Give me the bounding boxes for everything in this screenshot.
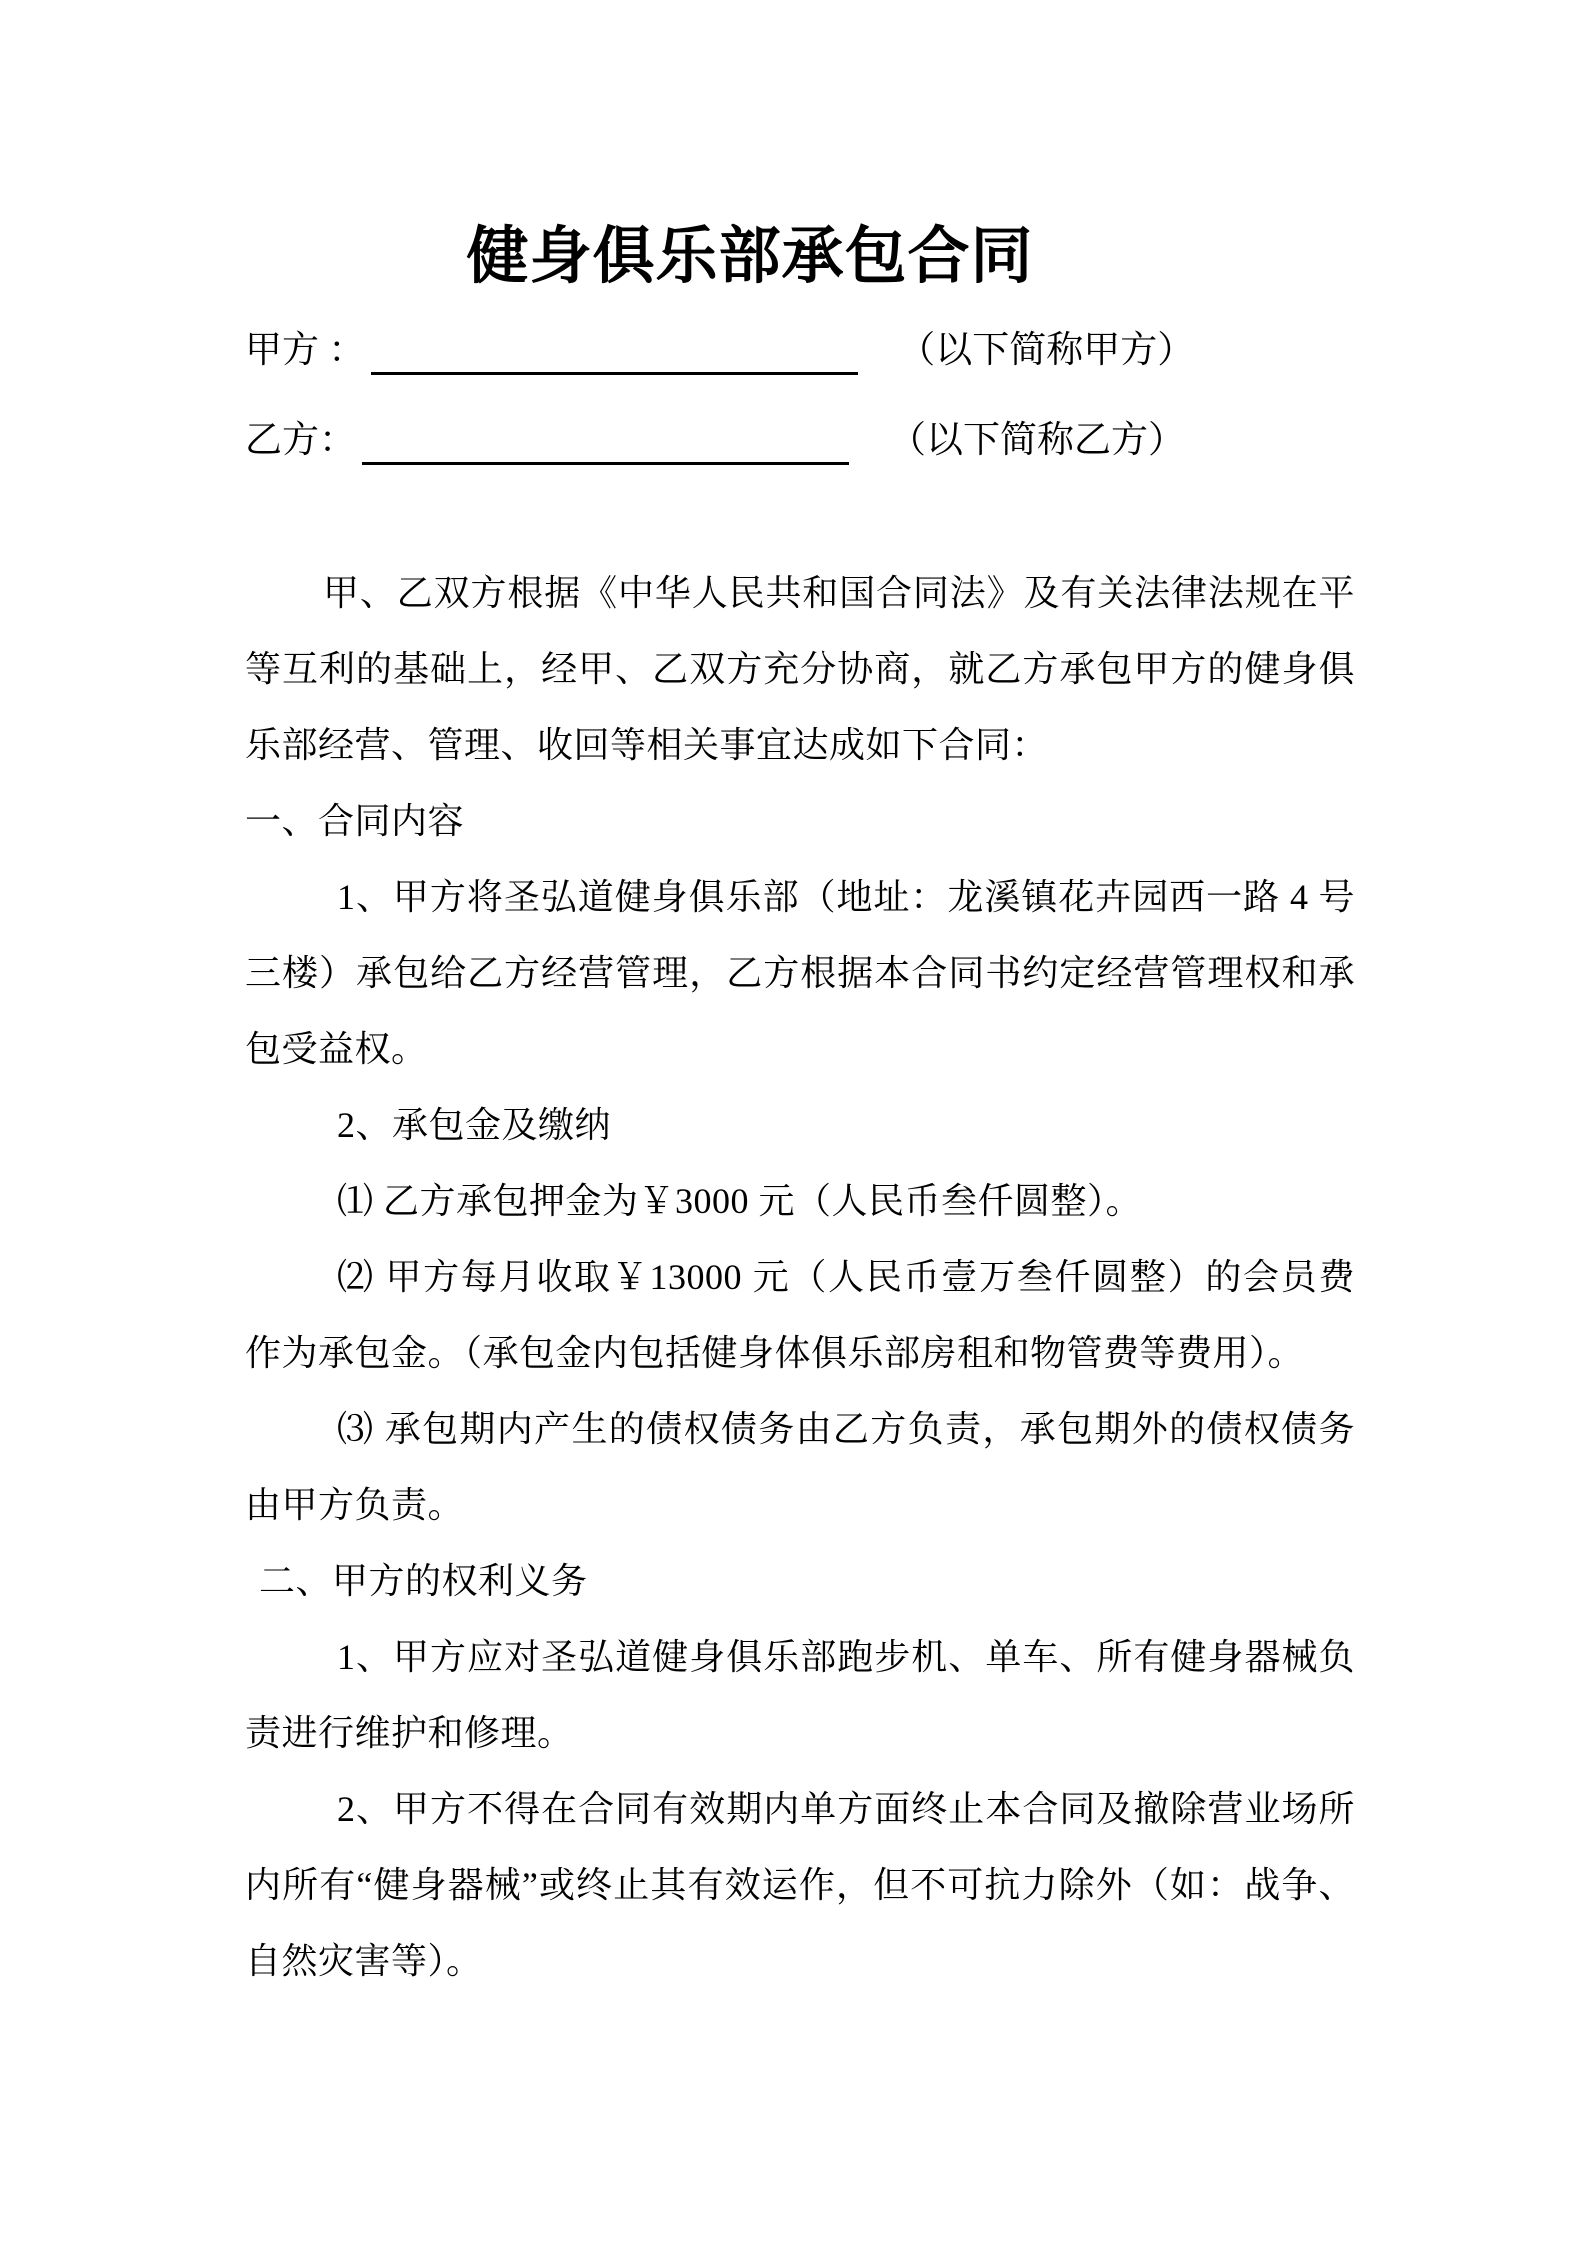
contract-document: 健身俱乐部承包合同 甲方 ： （以下简称甲方） 乙方： （以下简称乙方） 甲、乙… xyxy=(0,0,1586,1999)
contract-line: 二、甲方的权利义务 xyxy=(245,1543,1355,1619)
contract-page: 健身俱乐部承包合同 甲方 ： （以下简称甲方） 乙方： （以下简称乙方） 甲、乙… xyxy=(0,0,1586,2244)
contract-line: ⑶ 承包期内产生的债权债务由乙方负责，承包期外的债权债务 xyxy=(245,1391,1355,1467)
contract-body: 甲、乙双方根据《中华人民共和国合同法》及有关法律法规在平等互利的基础上，经甲、乙… xyxy=(245,555,1355,1999)
contract-line: 乐部经营、管理、收回等相关事宜达成如下合同： xyxy=(245,707,1355,783)
contract-line: 2、甲方不得在合同有效期内单方面终止本合同及撤除营业场所 xyxy=(245,1771,1355,1847)
party-label: 乙方： xyxy=(245,417,356,465)
contract-line: 一、合同内容 xyxy=(245,783,1355,859)
contract-line: 三楼）承包给乙方经营管理，乙方根据本合同书约定经营管理权和承 xyxy=(245,935,1355,1011)
party-rows: 甲方 ： （以下简称甲方） 乙方： （以下简称乙方） xyxy=(245,327,1355,465)
contract-line: ⑵ 甲方每月收取￥13000 元（人民币壹万叁仟圆整）的会员费 xyxy=(245,1239,1355,1315)
signature-blank-line xyxy=(371,330,858,375)
contract-title: 健身俱乐部承包合同 xyxy=(245,222,1255,293)
contract-line: 内所有“健身器械”或终止其有效运作，但不可抗力除外（如：战争、 xyxy=(245,1847,1355,1923)
contract-line: 自然灾害等）。 xyxy=(245,1923,1355,1999)
contract-line: ⑴ 乙方承包押金为￥3000 元（人民币叁仟圆整）。 xyxy=(245,1163,1355,1239)
party-alias: （以下简称甲方） xyxy=(898,327,1194,375)
contract-line: 2、承包金及缴纳 xyxy=(245,1087,1355,1163)
contract-line: 作为承包金。（承包金内包括健身体俱乐部房租和物管费等费用）。 xyxy=(245,1315,1355,1391)
contract-line: 由甲方负责。 xyxy=(245,1467,1355,1543)
signature-blank-line xyxy=(362,420,849,465)
contract-line: 责进行维护和修理。 xyxy=(245,1695,1355,1771)
contract-line: 1、甲方应对圣弘道健身俱乐部跑步机、单车、所有健身器械负 xyxy=(245,1619,1355,1695)
contract-line: 包受益权。 xyxy=(245,1011,1355,1087)
party-row: 甲方 ： （以下简称甲方） xyxy=(245,327,1355,375)
contract-line: 等互利的基础上，经甲、乙双方充分协商，就乙方承包甲方的健身俱 xyxy=(245,631,1355,707)
contract-line: 1、甲方将圣弘道健身俱乐部（地址：龙溪镇花卉园西一路 4 号 xyxy=(245,859,1355,935)
party-alias: （以下简称乙方） xyxy=(889,417,1185,465)
party-row: 乙方： （以下简称乙方） xyxy=(245,417,1355,465)
party-label: 甲方 ： xyxy=(245,327,365,375)
contract-line: 甲、乙双方根据《中华人民共和国合同法》及有关法律法规在平 xyxy=(245,555,1355,631)
